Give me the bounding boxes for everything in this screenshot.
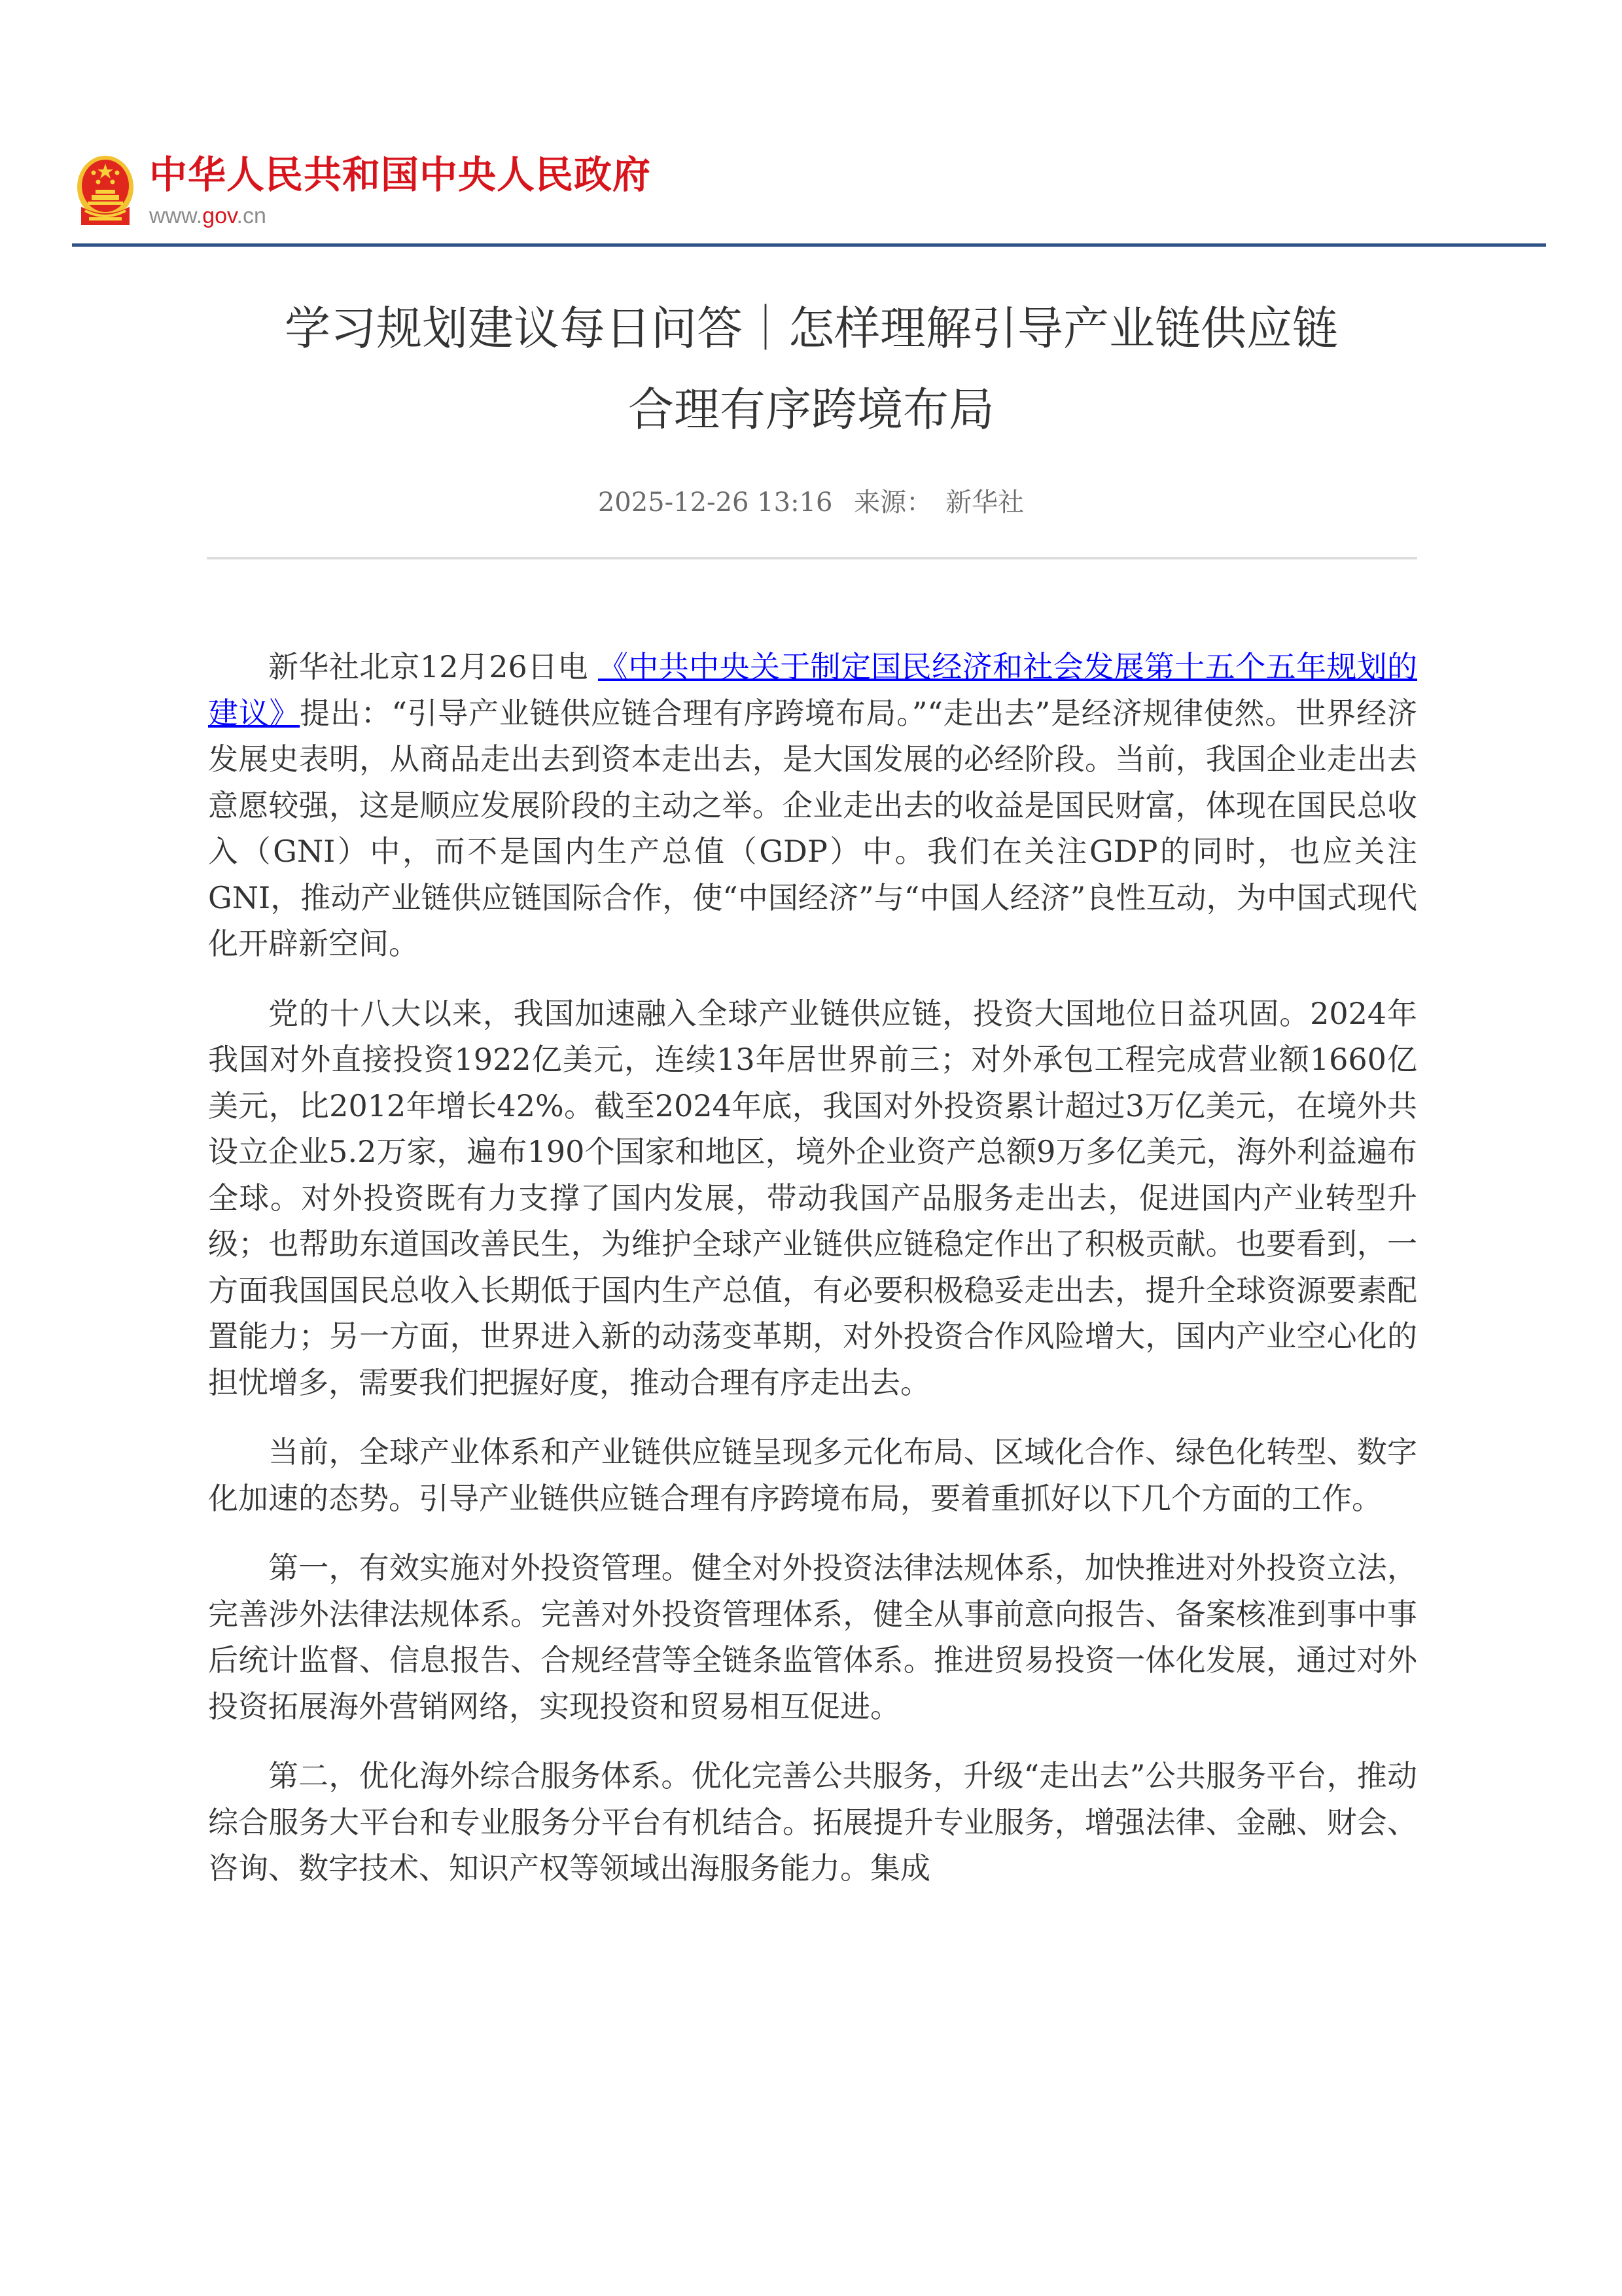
dateline: 新华社北京12月26日电 [268, 649, 598, 684]
source-name: 新华社 [945, 487, 1024, 518]
site-url[interactable]: www.gov.cn [149, 202, 651, 230]
publish-date: 2025-12-26 13:16 [598, 487, 833, 518]
paragraph-text: 提出：“引导产业链供应链合理有序跨境布局。”“走出去”是经济规律使然。世界经济发… [208, 696, 1417, 962]
meta-divider [207, 557, 1417, 559]
title-line-2: 合理有序跨境布局 [157, 369, 1466, 450]
paragraph-1: 新华社北京12月26日电 《中共中央关于制定国民经济和社会发展第十五个五年规划的… [208, 644, 1417, 967]
paragraph-2: 党的十八大以来，我国加速融入全球产业链供应链，投资大国地位日益巩固。2024年我… [208, 991, 1417, 1406]
site-name[interactable]: 中华人民共和国中央人民政府 [149, 152, 651, 198]
paragraph-5: 第二，优化海外综合服务体系。优化完善公共服务，升级“走出去”公共服务平台，推动综… [208, 1753, 1417, 1892]
national-emblem-icon [76, 154, 135, 230]
paragraph-4: 第一，有效实施对外投资管理。健全对外投资法律法规体系，加快推进对外投资立法，完善… [208, 1545, 1417, 1729]
paragraph-3: 当前，全球产业体系和产业链供应链呈现多元化布局、区域化合作、绿色化转型、数字化加… [208, 1429, 1417, 1521]
source-label: 来源： [854, 487, 932, 518]
url-prefix: www. [149, 203, 202, 228]
article-title: 学习规划建议每日问答｜怎样理解引导产业链供应链 合理有序跨境布局 [157, 288, 1466, 450]
article-body: 新华社北京12月26日电 《中共中央关于制定国民经济和社会发展第十五个五年规划的… [208, 644, 1417, 1915]
url-suffix: .cn [237, 203, 266, 228]
article-meta: 2025-12-26 13:16 来源：新华社 [0, 483, 1622, 522]
header-divider [72, 243, 1546, 247]
url-accent: gov [202, 203, 236, 228]
site-masthead: 中华人民共和国中央人民政府 www.gov.cn [76, 152, 651, 237]
title-line-1: 学习规划建议每日问答｜怎样理解引导产业链供应链 [157, 288, 1466, 369]
site-brand[interactable]: 中华人民共和国中央人民政府 www.gov.cn [149, 152, 651, 230]
